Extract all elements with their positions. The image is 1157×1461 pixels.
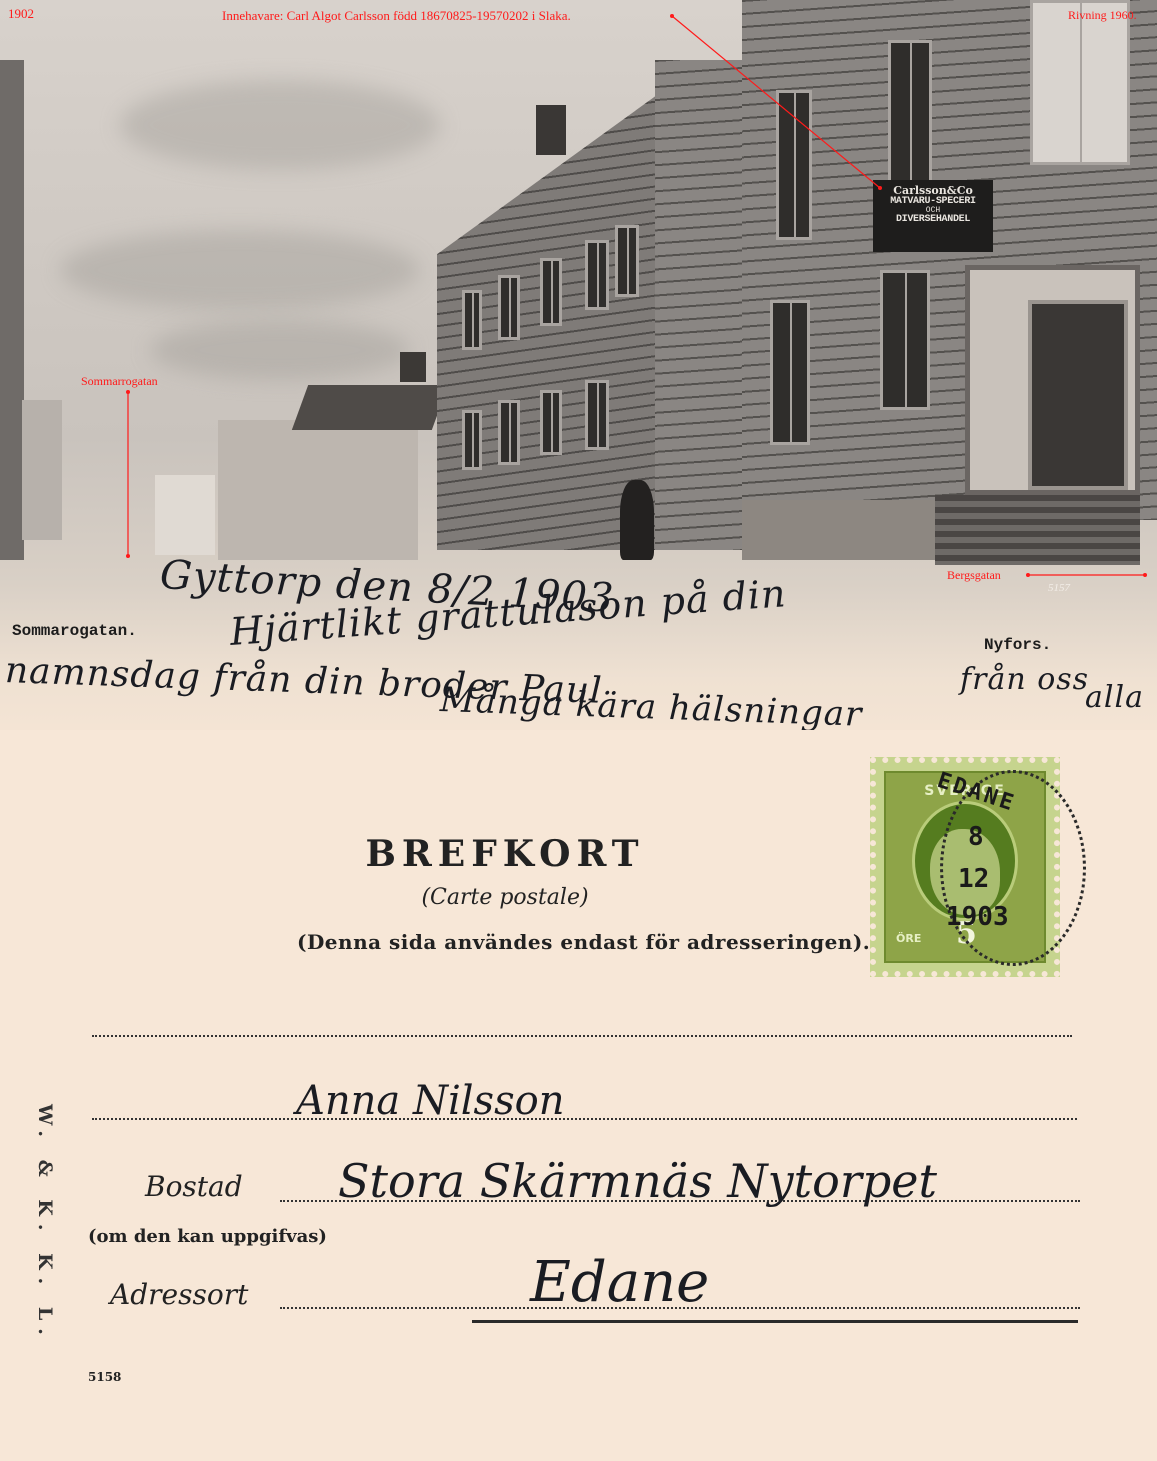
postcard-photo: Carlsson&Co MATVARU-SPECERI OCH DIVERSEH… xyxy=(0,0,1157,730)
address-line-name xyxy=(92,1118,1077,1120)
recipient-residence: Stora Skärmnäs Nytorpet xyxy=(338,1154,937,1208)
handwritten-right-1: från oss xyxy=(960,662,1089,697)
label-bostad-note: (om den kan uppgifvas) xyxy=(88,1226,327,1247)
recipient-name: Anna Nilsson xyxy=(296,1078,564,1124)
card-title: BREFKORT xyxy=(0,833,1010,875)
address-line-top xyxy=(92,1035,1072,1037)
postmark-year: 1903 xyxy=(946,902,1009,932)
card-instruction: (Denna sida användes endast för adresser… xyxy=(297,930,870,954)
label-adressort: Adressort xyxy=(110,1278,248,1311)
card-subtitle: (Carte postale) xyxy=(0,885,1010,910)
postmark-day: 8 xyxy=(968,822,984,852)
handwritten-right-2: alla xyxy=(1085,680,1144,715)
label-bostad: Bostad xyxy=(145,1170,243,1203)
postcard-address-side: BREFKORT (Carte postale) (Denna sida anv… xyxy=(0,730,1157,1461)
plate-number: 5157 xyxy=(1048,582,1070,594)
address-underline xyxy=(472,1320,1078,1323)
publisher-mark: W. & K. K. L. xyxy=(34,1104,56,1343)
caption-sommarogatan: Sommarogatan. xyxy=(12,622,137,640)
recipient-town: Edane xyxy=(530,1250,709,1315)
postmark-month: 12 xyxy=(958,864,989,894)
caption-nyfors: Nyfors. xyxy=(984,636,1051,654)
serial-number: 5158 xyxy=(88,1370,121,1384)
